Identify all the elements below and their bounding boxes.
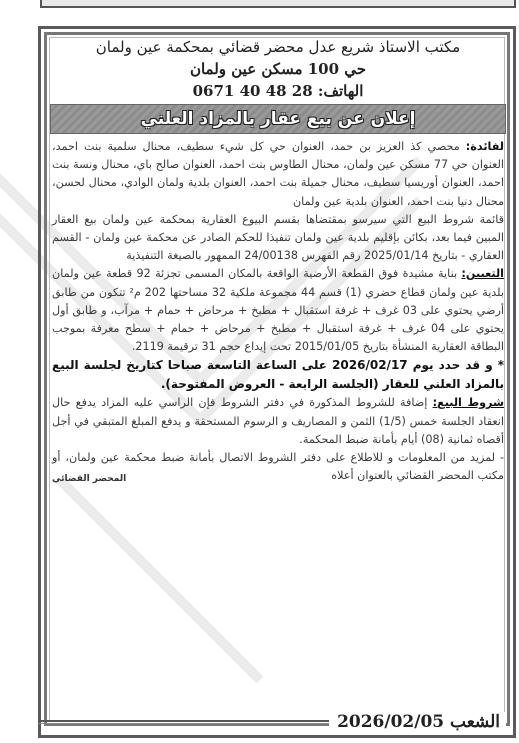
designation-label: التعيين: [461,267,504,280]
auction-date-paragraph: * و قد حدد يوم 2026/02/17 على الساعة الت… [52,356,504,394]
publication-source: الشعب 2026/02/05 [329,712,506,732]
beneficiaries-text: محصي كذ العزيز بن حمد، العنوان حي كل شيء… [52,140,504,208]
beneficiaries-paragraph: لفائدة: محصي كذ العزيز بن حمد، العنوان ح… [52,138,504,211]
newspaper-name: الشعب [450,712,500,732]
sale-terms-paragraph: شروط البيع: إضافة للشروط المذكورة في دفت… [52,394,504,449]
beneficiaries-label: لفائدة: [466,140,504,153]
bailiff-signature: المحضر القضائي [52,470,126,488]
phone-number: 0671 40 48 28 [193,82,313,100]
notice-title: إعلان عن بيع عقار بالمزاد العلني [141,109,416,129]
sale-conditions-list-paragraph: قائمة شروط البيع التي سيرسو بمقتضاها بقس… [52,211,504,266]
sale-terms-label: شروط البيع: [433,396,504,409]
footer-rule [38,720,329,724]
property-designation-paragraph: التعيين: بناية مشيدة فوق القطعة الأرضية … [52,265,504,356]
newspaper-notice-page: مكتب الاستاذ شريع عدل محضر قضائي بمحكمة … [0,0,519,743]
contact-info-paragraph: - لمزيد من المعلومات و للاطلاع على دفتر … [52,449,504,485]
notice-title-banner: إعلان عن بيع عقار بالمزاد العلني [50,104,506,134]
office-address: حي 100 مسكن عين ولمان [52,58,504,80]
publication-date: 2026/02/05 [337,712,444,732]
previous-notice-border [40,0,516,8]
office-name: مكتب الاستاذ شريع عدل محضر قضائي بمحكمة … [52,36,504,58]
office-phone: الهاتف: 0671 40 48 28 [52,80,504,102]
notice-content: مكتب الاستاذ شريع عدل محضر قضائي بمحكمة … [52,36,504,488]
publication-footer: الشعب 2026/02/05 [38,706,516,738]
phone-label: الهاتف: [318,82,363,100]
designation-text: بناية مشيدة فوق القطعة الأرضية الواقعة ب… [52,267,504,353]
